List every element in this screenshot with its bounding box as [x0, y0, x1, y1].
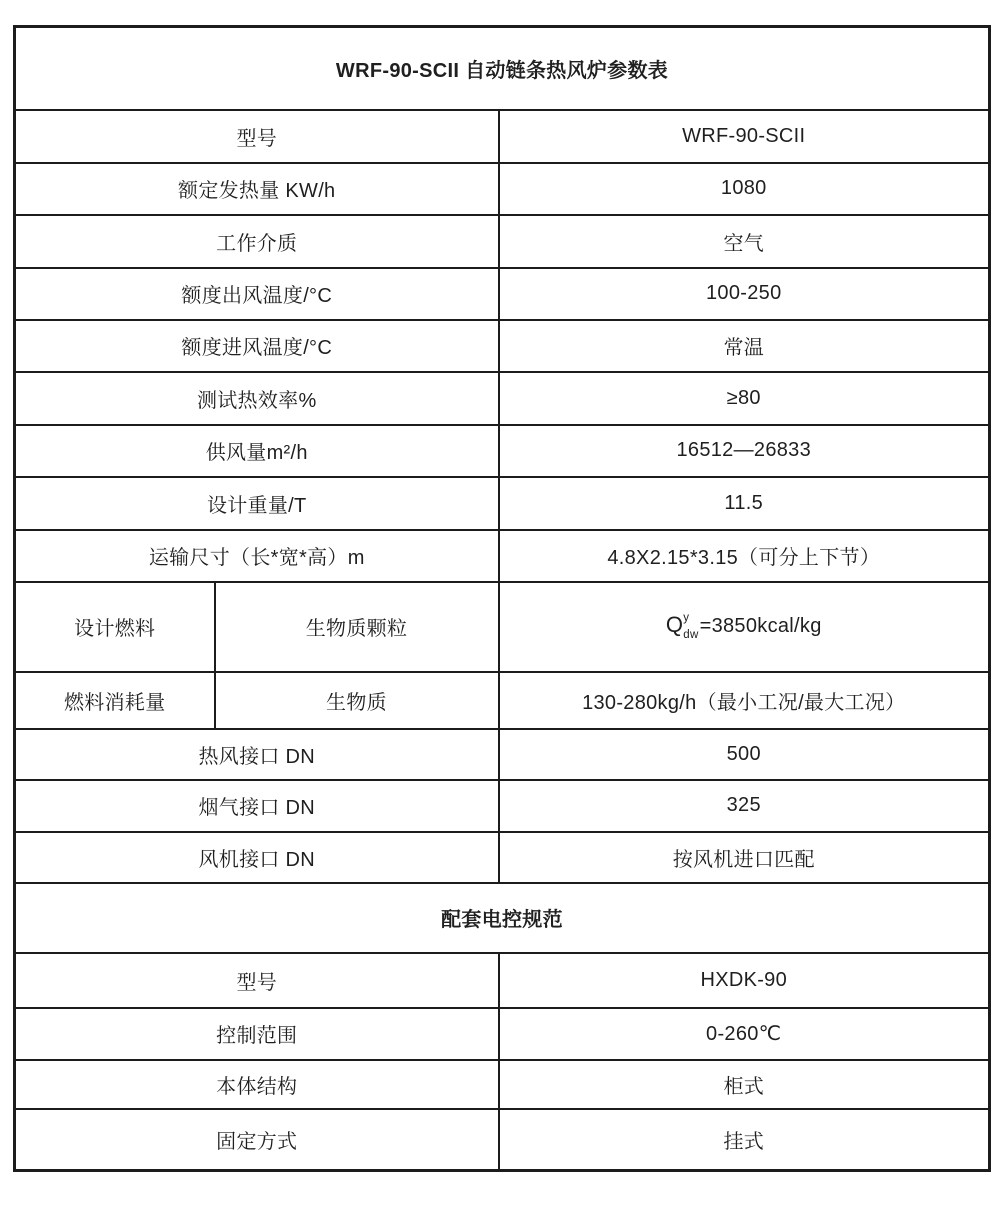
table-row: 烟气接口 DN 325 [15, 780, 990, 832]
row-label: 烟气接口 DN [15, 780, 499, 832]
row-value: 11.5 [499, 477, 990, 530]
section-header: 配套电控规范 [15, 883, 990, 953]
row-label: 本体结构 [15, 1060, 499, 1109]
row-label: 风机接口 DN [15, 832, 499, 883]
table-row: 供风量m²/h 16512—26833 [15, 425, 990, 477]
table-row: 额度出风温度/°C 100-250 [15, 268, 990, 320]
row-label: 固定方式 [15, 1109, 499, 1171]
row-label: 型号 [15, 953, 499, 1008]
row-value: HXDK-90 [499, 953, 990, 1008]
table-row: 燃料消耗量 生物质 130-280kg/h（最小工况/最大工况） [15, 672, 990, 729]
table-row: 额定发热量 KW/h 1080 [15, 163, 990, 215]
row-value: 1080 [499, 163, 990, 215]
row-value: ≥80 [499, 372, 990, 425]
row-label: 额度出风温度/°C [15, 268, 499, 320]
row-value-formula: Qydw=3850kcal/kg [499, 582, 990, 672]
row-value: WRF-90-SCII [499, 110, 990, 163]
row-label: 运输尺寸（长*宽*高）m [15, 530, 499, 582]
row-sub-label: 生物质 [215, 672, 499, 729]
formula-q-subscript: dw [683, 629, 698, 642]
row-sub-label: 生物质颗粒 [215, 582, 499, 672]
formula-q-rest: =3850kcal/kg [700, 615, 822, 637]
formula-q-superscript: y [683, 612, 698, 625]
row-value: 柜式 [499, 1060, 990, 1109]
row-label: 额度进风温度/°C [15, 320, 499, 372]
table-row: 风机接口 DN 按风机进口匹配 [15, 832, 990, 883]
table-row: 额度进风温度/°C 常温 [15, 320, 990, 372]
row-value: 挂式 [499, 1109, 990, 1171]
row-label: 型号 [15, 110, 499, 163]
spec-table: WRF-90-SCII 自动链条热风炉参数表 型号 WRF-90-SCII 额定… [13, 25, 991, 1172]
row-value: 0-260℃ [499, 1008, 990, 1060]
table-row: 工作介质 空气 [15, 215, 990, 268]
table-row: 测试热效率% ≥80 [15, 372, 990, 425]
formula-q-base: Q [666, 612, 683, 637]
table-title: WRF-90-SCII 自动链条热风炉参数表 [15, 27, 990, 110]
row-value: 130-280kg/h（最小工况/最大工况） [499, 672, 990, 729]
row-label: 设计重量/T [15, 477, 499, 530]
row-value: 4.8X2.15*3.15（可分上下节） [499, 530, 990, 582]
table-row: 本体结构 柜式 [15, 1060, 990, 1109]
row-label: 热风接口 DN [15, 729, 499, 780]
table-row: 运输尺寸（长*宽*高）m 4.8X2.15*3.15（可分上下节） [15, 530, 990, 582]
table-row: 型号 HXDK-90 [15, 953, 990, 1008]
row-value: 空气 [499, 215, 990, 268]
table-row: 型号 WRF-90-SCII [15, 110, 990, 163]
table-row: 控制范围 0-260℃ [15, 1008, 990, 1060]
row-label: 供风量m²/h [15, 425, 499, 477]
row-value: 常温 [499, 320, 990, 372]
table-row: 设计燃料 生物质颗粒 Qydw=3850kcal/kg [15, 582, 990, 672]
row-value: 325 [499, 780, 990, 832]
row-label: 燃料消耗量 [15, 672, 215, 729]
table-row: 热风接口 DN 500 [15, 729, 990, 780]
table-row: 设计重量/T 11.5 [15, 477, 990, 530]
table-row: 固定方式 挂式 [15, 1109, 990, 1171]
row-label: 额定发热量 KW/h [15, 163, 499, 215]
row-value: 16512—26833 [499, 425, 990, 477]
row-label: 设计燃料 [15, 582, 215, 672]
row-label: 工作介质 [15, 215, 499, 268]
row-value: 500 [499, 729, 990, 780]
row-value: 100-250 [499, 268, 990, 320]
row-label: 控制范围 [15, 1008, 499, 1060]
row-label: 测试热效率% [15, 372, 499, 425]
row-value: 按风机进口匹配 [499, 832, 990, 883]
formula-q-scripts: ydw [683, 611, 698, 642]
